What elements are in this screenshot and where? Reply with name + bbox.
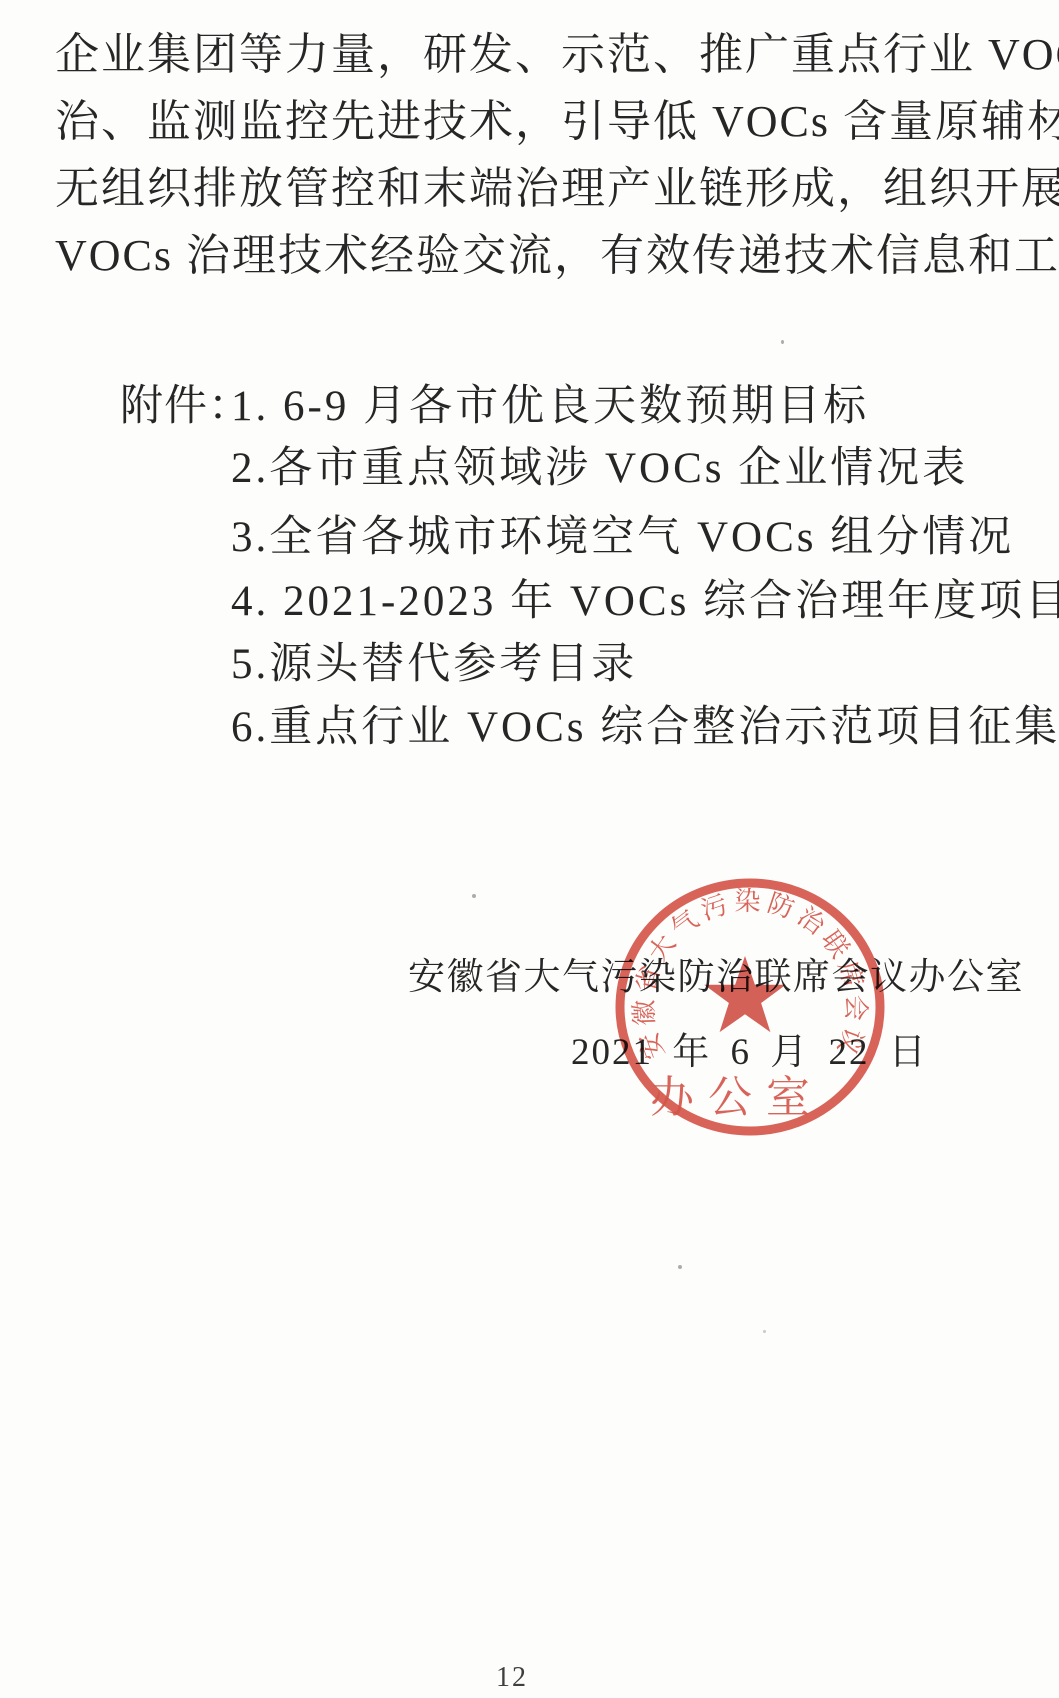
attachment-item: 5.源头替代参考目录 (231, 640, 637, 690)
document-page: 企业集团等力量，研发、示范、推广重点行业 VOCs 污染防 治、监测监控先进技术… (0, 0, 1059, 1698)
attachment-item: 4. 2021-2023 年 VOCs 综合治理年度项目清单 (231, 577, 1059, 627)
scan-speck (678, 1265, 682, 1269)
seal-star-icon (704, 956, 786, 1032)
scan-speck (472, 894, 476, 898)
attachment-item: 1. 6-9 月各市优良天数预期目标 (231, 382, 869, 432)
attachment-item: 2.各市重点领域涉 VOCs 企业情况表 (231, 444, 968, 494)
body-paragraph: 企业集团等力量，研发、示范、推广重点行业 VOCs 污染防 治、监测监控先进技术… (55, 21, 1013, 289)
attachment-item: 3.全省各城市环境空气 VOCs 组分情况 (231, 513, 1014, 563)
page-number: 12 (496, 1662, 528, 1694)
paragraph-line: 企业集团等力量，研发、示范、推广重点行业 VOCs 污染防 (55, 21, 1013, 88)
seal-bottom-text: 办公室 (650, 1073, 824, 1122)
paragraph-line: 治、监测监控先进技术，引导低 VOCs 含量原辅材料替代、 (55, 88, 1013, 155)
attachment-item: 6.重点行业 VOCs 综合整治示范项目征集表 (231, 703, 1059, 753)
scan-speck (763, 1330, 766, 1333)
official-seal: 安徽省大气污染防治联席会议 办公室 (612, 878, 888, 1136)
paragraph-line: 无组织排放管控和末端治理产业链形成，组织开展各类 (55, 155, 1013, 222)
scan-speck (781, 340, 784, 344)
paragraph-line: VOCs 治理技术经验交流，有效传递技术信息和工艺经验。 (55, 222, 1013, 289)
